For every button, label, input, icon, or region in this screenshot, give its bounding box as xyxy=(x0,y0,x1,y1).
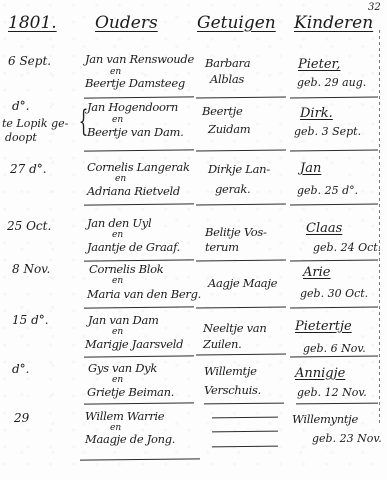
child-name: Dirk. xyxy=(300,107,333,120)
witness-line-1: Belitje Vos- xyxy=(205,227,267,239)
conjunction: en xyxy=(112,277,123,286)
entry-date: d°. xyxy=(12,363,30,375)
child-name: Claas xyxy=(306,222,342,235)
header-children: Kinderen xyxy=(294,15,373,32)
baptism-note: te Lopik ge- xyxy=(2,118,68,129)
entry-date: 15 d°. xyxy=(12,314,49,326)
birth-date: geb. 29 aug. xyxy=(297,77,366,88)
entry-date: 27 d°. xyxy=(10,163,47,175)
mother-name: Maagje de Jong. xyxy=(85,434,175,446)
witness-blank xyxy=(212,446,278,448)
birth-date: geb. 6 Nov. xyxy=(303,343,366,354)
conjunction: en xyxy=(112,231,123,240)
witness-line-1: Dirkje Lan- xyxy=(208,164,270,176)
mother-name: Beertje Damsteeg xyxy=(85,78,185,90)
divider xyxy=(290,260,378,262)
entry-date: 8 Nov. xyxy=(12,263,50,275)
divider xyxy=(290,307,378,309)
mother-name: Maria van den Berg. xyxy=(87,289,201,301)
witness-line-1: Willemtje xyxy=(204,366,257,378)
father-name: Cornelis Blok xyxy=(89,264,163,276)
divider xyxy=(296,403,378,405)
mother-name: Grietje Beiman. xyxy=(87,387,174,399)
register-page: 32 1801. Ouders Getuigen Kinderen 6 Sept… xyxy=(0,0,387,480)
child-name: Arie xyxy=(303,266,330,279)
witness-blank xyxy=(212,431,278,433)
year-heading: 1801. xyxy=(8,15,57,32)
father-name: Jan van Dam xyxy=(88,315,159,327)
father-name: Willem Warrie xyxy=(85,411,164,423)
mother-name: Marigje Jaarsveld xyxy=(85,339,183,351)
father-name: Jan Hogendoorn xyxy=(87,102,178,114)
witness-line-2: Zuilen. xyxy=(203,339,242,351)
baptism-note: doopt xyxy=(5,132,37,143)
mother-name: Adriana Rietveld xyxy=(87,186,180,198)
header-witnesses: Getuigen xyxy=(197,15,276,32)
entry-date: d°. xyxy=(12,100,30,112)
birth-date: geb. 3 Sept. xyxy=(294,126,361,137)
margin-rule xyxy=(379,30,380,425)
divider xyxy=(290,150,378,152)
witness-line-2: Zuidam xyxy=(208,124,250,136)
witness-line-1: Beertje xyxy=(202,106,242,118)
conjunction: en xyxy=(112,116,123,125)
divider xyxy=(84,355,194,357)
divider xyxy=(84,203,194,205)
father-name: Cornelis Langerak xyxy=(87,162,190,174)
divider xyxy=(290,204,378,206)
birth-date: geb. 30 Oct. xyxy=(300,288,368,299)
child-name: Jan xyxy=(300,162,321,175)
birth-date: geb. 24 Oct. xyxy=(313,242,381,253)
child-name: Pietertje xyxy=(295,320,352,333)
divider xyxy=(196,204,286,206)
birth-date: geb. 23 Nov. xyxy=(312,433,382,444)
divider xyxy=(196,354,286,356)
entry-date: 25 Oct. xyxy=(7,220,51,232)
divider xyxy=(290,97,378,99)
divider xyxy=(84,306,194,308)
witness-blank xyxy=(212,417,278,419)
divider xyxy=(204,403,284,405)
divider xyxy=(84,149,194,151)
child-name: Willemyntje xyxy=(292,414,358,426)
witness-line-2: Verschuis. xyxy=(204,385,261,397)
witness-line-2: gerak. xyxy=(215,184,250,196)
birth-date: geb. 12 Nov. xyxy=(297,387,367,398)
witness-line-1: Aagje Maaje xyxy=(208,278,277,290)
divider xyxy=(84,402,194,404)
child-name: Pieter, xyxy=(298,58,340,71)
divider xyxy=(84,96,194,98)
conjunction: en xyxy=(112,376,123,385)
divider xyxy=(196,97,286,99)
witness-line-2: Alblas xyxy=(210,74,244,86)
father-name: Jan van Renswoude xyxy=(85,54,194,66)
divider xyxy=(290,356,378,358)
divider xyxy=(196,150,286,152)
child-name: Annigje xyxy=(295,367,345,380)
divider xyxy=(196,260,286,262)
mother-name: Jaantje de Graaf. xyxy=(87,242,180,254)
witness-line-2: terum xyxy=(205,242,239,254)
conjunction: en xyxy=(112,328,123,337)
conjunction: en xyxy=(115,175,126,184)
witness-line-1: Barbara xyxy=(205,58,250,70)
father-name: Gys van Dyk xyxy=(88,363,157,375)
entry-date: 29 xyxy=(14,412,29,424)
page-number: 32 xyxy=(368,2,381,13)
entry-date: 6 Sept. xyxy=(8,55,51,67)
divider xyxy=(80,458,200,460)
birth-date: geb. 25 d°. xyxy=(297,185,358,196)
father-name: Jan den Uyl xyxy=(87,218,151,230)
witness-line-1: Neeltje van xyxy=(203,323,266,335)
mother-name: Beertje van Dam. xyxy=(87,127,183,139)
divider xyxy=(196,307,286,309)
header-parents: Ouders xyxy=(95,15,158,32)
